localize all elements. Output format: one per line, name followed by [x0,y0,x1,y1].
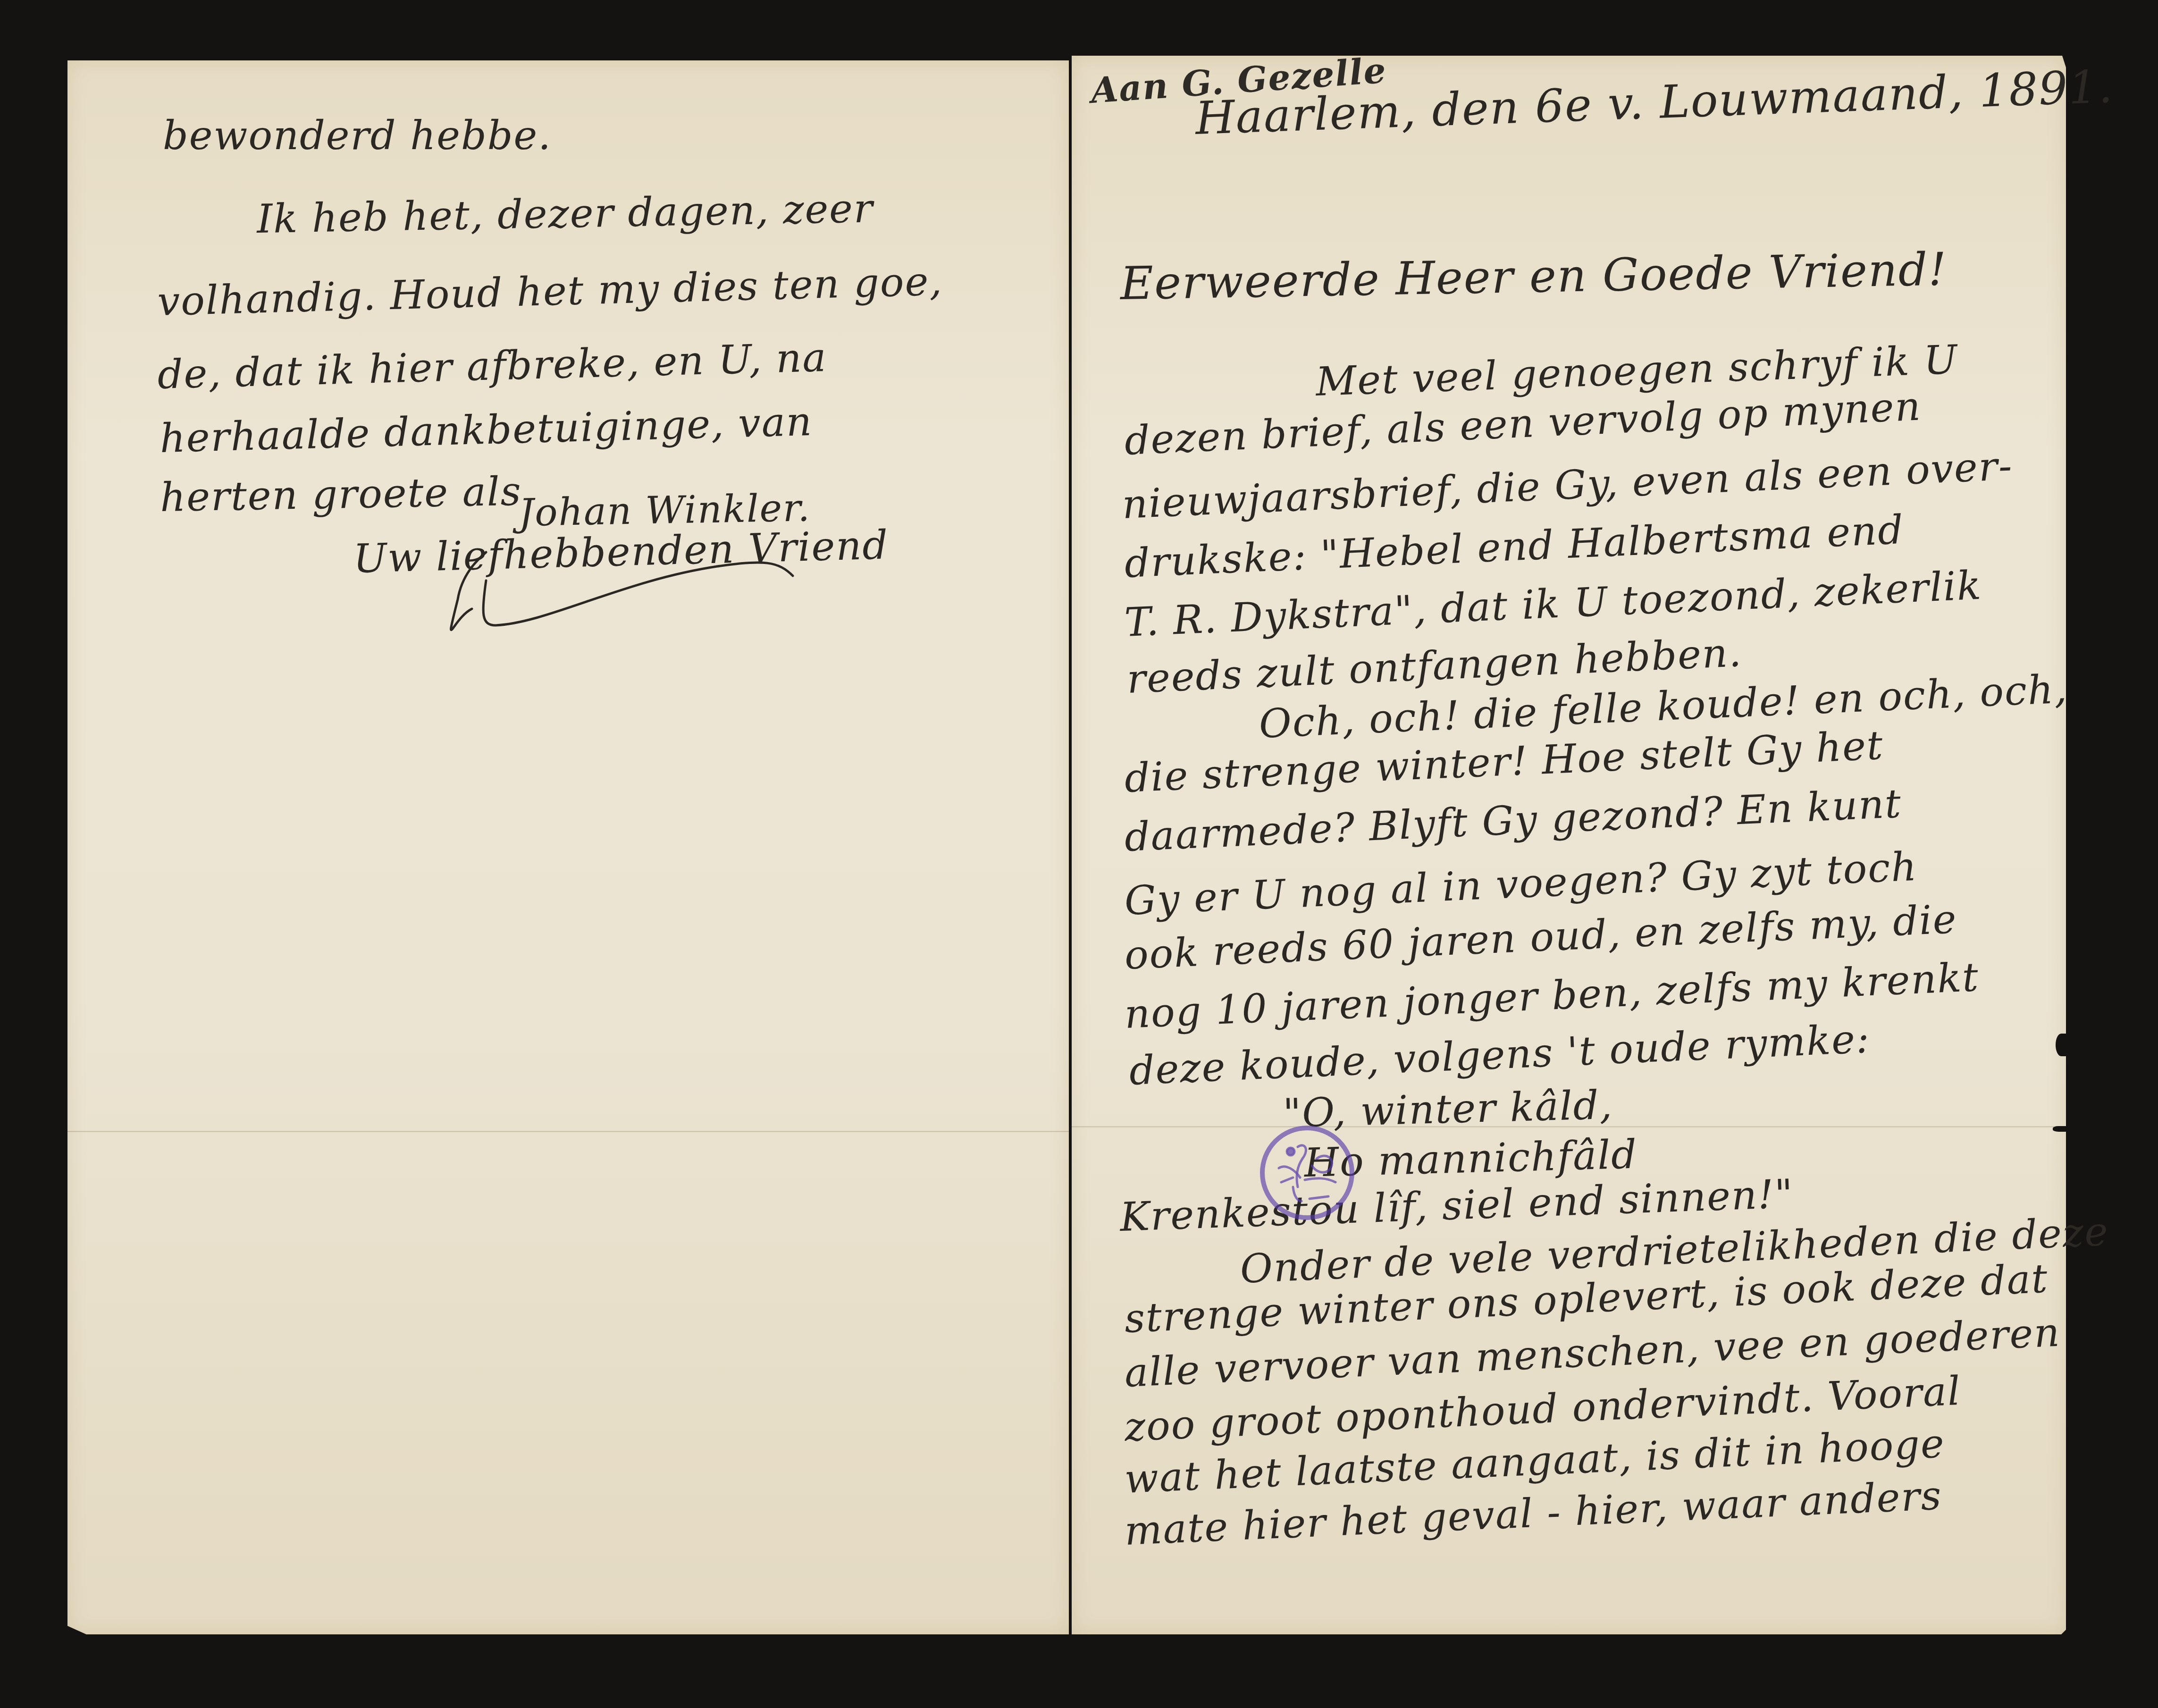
left-line-6: herten groete als [160,468,522,521]
poem-line-1: "O, winter kâld, [1282,1082,1613,1136]
left-line-1: bewonderd hebbe. [163,112,552,159]
archive-stamp-icon [1260,1126,1354,1220]
horizontal-fold-crease [67,1131,1069,1132]
edge-tear [2053,1126,2067,1132]
signature: Johan Winkler. [518,486,811,535]
edge-tear [2056,1034,2067,1056]
signature-flourish [425,543,991,637]
